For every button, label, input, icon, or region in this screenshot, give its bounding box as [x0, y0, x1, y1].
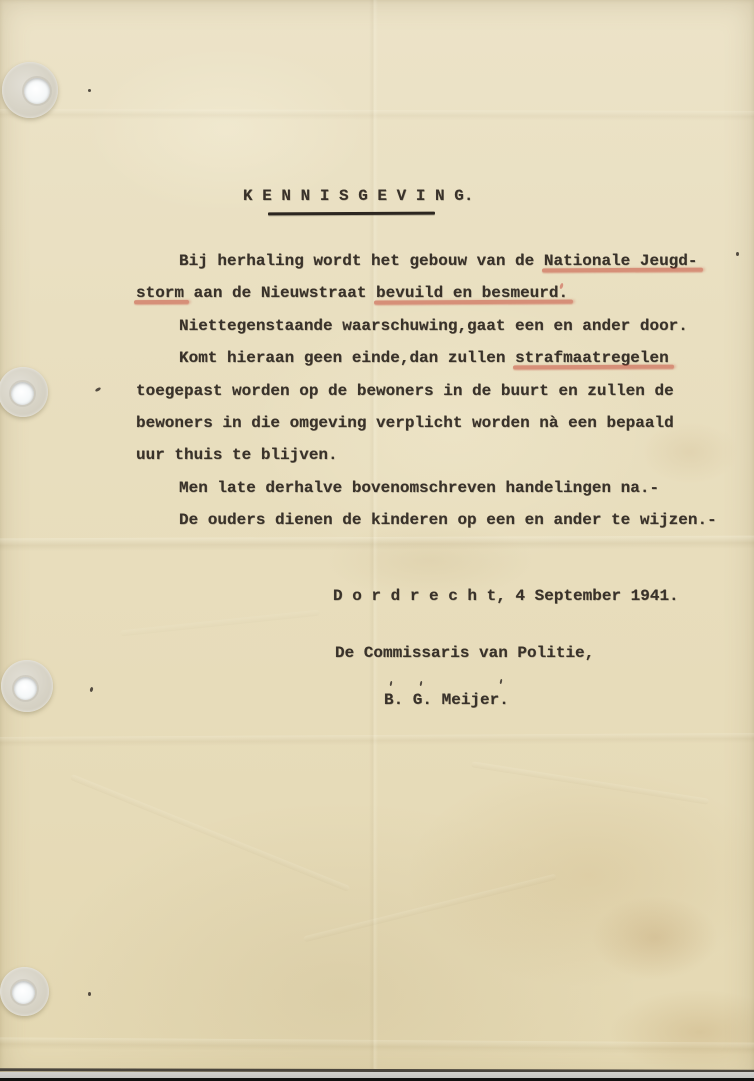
punch-hole [0, 367, 48, 417]
text-run: De ouders dienen de kinderen op een en a… [179, 511, 717, 529]
document-page: K E N N I S G E V I N G. Bij herhaling w… [0, 0, 754, 1081]
ink-speck [390, 681, 393, 686]
text-line: toegepast worden op de bewoners in de bu… [136, 375, 717, 407]
paper-wrinkle [471, 761, 709, 804]
punch-hole [0, 967, 49, 1016]
text-run: aan de Nieuwstraat [184, 284, 376, 302]
title-underline [268, 212, 435, 216]
dateline: D o r d r e c h t, 4 September 1941. [333, 587, 679, 605]
punch-hole-opening [12, 981, 35, 1004]
fold-crease-vertical [369, 0, 378, 1081]
text-line: Bij herhaling wordt het gebouw van de Na… [136, 245, 717, 277]
fold-crease [0, 109, 754, 121]
ink-speck [500, 679, 503, 684]
text-run: uur thuis te blijven. [136, 446, 338, 464]
fold-crease [0, 733, 754, 747]
signature-name: B. G. Meijer. [384, 691, 509, 709]
red-underlined-text: strafmaatregelen [515, 349, 669, 367]
punch-hole-opening [14, 677, 37, 700]
text-run: bewoners in die omgeving verplicht worde… [136, 414, 674, 432]
punch-hole-opening [24, 78, 50, 104]
text-line: Niettegenstaande waarschuwing,gaat een e… [136, 310, 717, 342]
ink-speck [736, 252, 739, 256]
text-line: Komt hieraan geen einde,dan zullen straf… [136, 342, 717, 374]
signature-role: De Commissaris van Politie, [335, 644, 594, 662]
text-line: bewoners in die omgeving verplicht worde… [136, 407, 717, 439]
text-line: storm aan de Nieuwstraat bevuild en besm… [136, 277, 717, 309]
text-line: Men late derhalve bovenomschreven handel… [136, 472, 717, 504]
text-run: Komt hieraan geen einde,dan zullen [179, 349, 515, 367]
text-run: Niettegenstaande waarschuwing,gaat een e… [179, 317, 688, 335]
ink-speck [88, 89, 91, 92]
text-run: toegepast worden op de bewoners in de bu… [136, 382, 674, 400]
ink-speck [88, 992, 91, 996]
punch-hole [2, 62, 58, 118]
ink-speck [95, 387, 102, 393]
punch-hole-opening [11, 382, 34, 405]
text-run: Men late derhalve bovenomschreven handel… [179, 479, 659, 497]
text-run: Bij herhaling wordt het gebouw van de [179, 252, 544, 270]
fold-crease [0, 1037, 754, 1054]
ink-speck [89, 687, 93, 693]
punch-hole [1, 660, 53, 712]
paper-wrinkle [303, 874, 557, 943]
paper-wrinkle [70, 774, 350, 892]
paper-wrinkle [120, 610, 320, 637]
text-line: uur thuis te blijven. [136, 439, 717, 471]
red-underlined-text: bevuild en besmeurd. [376, 284, 568, 302]
text-line: De ouders dienen de kinderen op een en a… [136, 504, 717, 536]
red-underlined-text: storm [136, 284, 184, 302]
fold-crease [0, 536, 754, 552]
document-title: K E N N I S G E V I N G. [243, 186, 473, 206]
red-underlined-text: Nationale Jeugd- [544, 252, 698, 270]
ink-speck [420, 681, 423, 686]
body-text: Bij herhaling wordt het gebouw van de Na… [136, 245, 717, 537]
